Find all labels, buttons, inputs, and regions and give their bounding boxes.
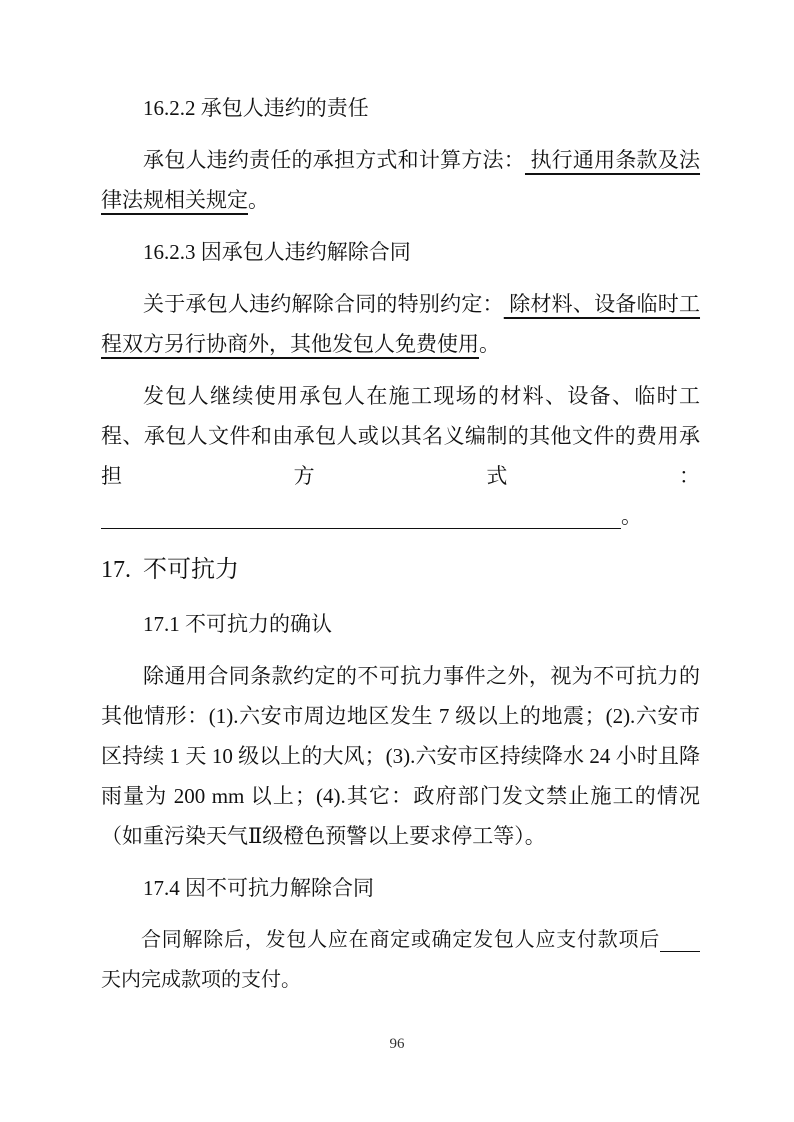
text-segment: 。 — [479, 332, 500, 356]
clause-paragraph-continued-use: 发包人继续使用承包人在施工现场的材料、设备、临时工程、承包人文件和由承包人或以其… — [101, 376, 700, 536]
section-heading-17-force-majeure: 17. 不可抗力 — [101, 548, 700, 592]
page-number: 96 — [0, 1036, 794, 1053]
text-segment: 关于承包人违约解除合同的特别约定： — [143, 292, 504, 316]
document-page: 16.2.2 承包人违约的责任 承包人违约责任的承担方式和计算方法： 执行通用条… — [0, 0, 794, 1122]
fill-in-blank — [101, 526, 621, 529]
clause-heading-16-2-2: 16.2.2 承包人违约的责任 — [101, 88, 700, 128]
text-segment: 发包人继续使用承包人在施工现场的材料、设备、临时工程、承包人文件和由承包人或以其… — [101, 384, 700, 488]
clause-paragraph-force-majeure-cases: 除通用合同条款约定的不可抗力事件之外，视为不可抗力的其他情形：(1).六安市周边… — [101, 656, 700, 856]
clause-paragraph-breach-liability: 承包人违约责任的承担方式和计算方法： 执行通用条款及法律法规相关规定。 — [101, 140, 700, 220]
text-segment: 承包人违约责任的承担方式和计算方法： — [143, 148, 525, 172]
clause-heading-16-2-3: 16.2.3 因承包人违约解除合同 — [101, 232, 700, 272]
text-segment: 天内完成款项的支付。 — [101, 969, 301, 991]
text-segment: 除通用合同条款约定的不可抗力事件之外，视为不可抗力的其他情形：(1).六安市周边… — [101, 664, 700, 848]
clause-paragraph-termination-special: 关于承包人违约解除合同的特别约定： 除材料、设备临时工程双方另行协商外，其他发包… — [101, 284, 700, 364]
text-segment: 。 — [621, 504, 642, 528]
clause-heading-17-4: 17.4 因不可抗力解除合同 — [101, 868, 700, 908]
text-segment: 。 — [248, 188, 269, 212]
clause-heading-17-1: 17.1 不可抗力的确认 — [101, 604, 700, 644]
clause-paragraph-payment-after-termination: 合同解除后，发包人应在商定或确定发包人应支付款项后天内完成款项的支付。 — [101, 920, 700, 1000]
text-segment: 合同解除后，发包人应在商定或确定发包人应支付款项后 — [141, 929, 660, 951]
fill-in-blank — [660, 949, 700, 952]
